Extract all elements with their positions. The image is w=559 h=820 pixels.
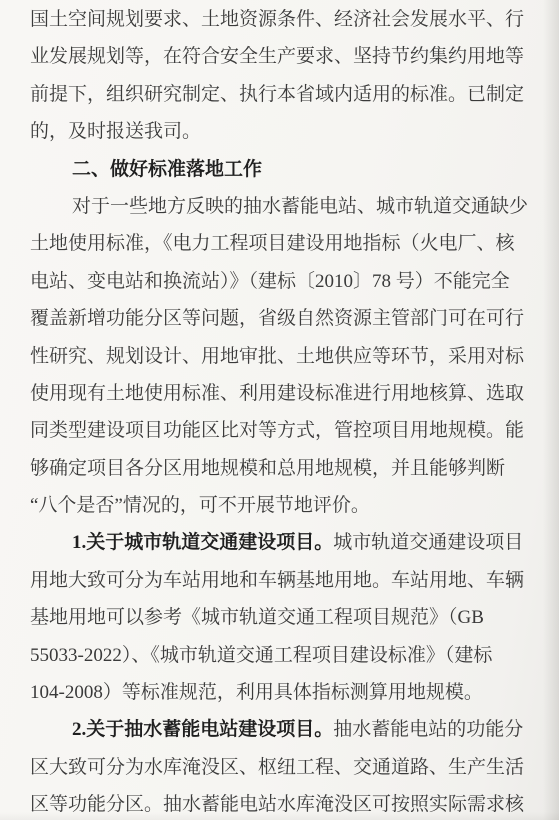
text-run: 业发展规划等，在符合安全生产要求、坚持节约集约用地等 [30, 46, 524, 67]
text-line: 对于一些地方反映的抽水蓄能电站、城市轨道交通缺少 [30, 188, 530, 225]
text-line: 电站、变电站和换流站）》（建标〔2010〕78 号）不能完全 [30, 263, 530, 300]
text-run: 对于一些地方反映的抽水蓄能电站、城市轨道交通缺少 [72, 196, 528, 217]
text-line: 国土空间规划要求、土地资源条件、经济社会发展水平、行 [30, 1, 530, 38]
text-run: 104-2008）等标准规范，利用具体指标测算用地规模。 [30, 682, 483, 703]
bold-run: 1.关于城市轨道交通建设项目。 [72, 532, 333, 553]
text-run: “八个是否”情况的，可不开展节地评价。 [30, 495, 370, 516]
text-line: 用地大致可分为车站用地和车辆基地用地。车站用地、车辆 [30, 562, 530, 599]
text-run: 区大致可分为水库淹没区、枢纽工程、交通道路、生产生活 [30, 757, 524, 778]
text-run: 用地大致可分为车站用地和车辆基地用地。车站用地、车辆 [30, 570, 524, 591]
text-line: 区大致可分为水库淹没区、枢纽工程、交通道路、生产生活 [30, 749, 530, 786]
text-run: 城市轨道交通建设项目 [333, 532, 523, 553]
text-run: 同类型建设项目功能区比对等方式，管控项目用地规模。能 [30, 420, 524, 441]
text-line: 使用现有土地使用标准、利用建设标准进行用地核算、选取 [30, 375, 530, 412]
text-line: 前提下，组织研究制定、执行本省域内适用的标准。已制定 [30, 76, 530, 113]
scan-edge-shadow-right [543, 0, 559, 820]
text-run: 覆盖新增功能分区等问题，省级自然资源主管部门可在可行 [30, 308, 524, 329]
text-line: 覆盖新增功能分区等问题，省级自然资源主管部门可在可行 [30, 300, 530, 337]
text-run: 土地使用标准，《电力工程项目建设用地指标（火电厂、核 [30, 233, 515, 254]
numbered-item-line: 2.关于抽水蓄能电站建设项目。抽水蓄能电站的功能分 [30, 711, 530, 748]
bold-run: 2.关于抽水蓄能电站建设项目。 [72, 719, 333, 740]
document-content: 国土空间规划要求、土地资源条件、经济社会发展水平、行业发展规划等，在符合安全生产… [30, 1, 530, 820]
text-line: 业发展规划等，在符合安全生产要求、坚持节约集约用地等 [30, 38, 530, 75]
text-run: 前提下，组织研究制定、执行本省域内适用的标准。已制定 [30, 84, 524, 105]
text-line: 同类型建设项目功能区比对等方式，管控项目用地规模。能 [30, 412, 530, 449]
text-line: “八个是否”情况的，可不开展节地评价。 [30, 487, 530, 524]
text-line: 的，及时报送我司。 [30, 113, 530, 150]
text-line: 够确定项目各分区用地规模和总用地规模，并且能够判断 [30, 450, 530, 487]
text-run: 的，及时报送我司。 [30, 121, 201, 142]
text-run: 55033-2022）、《城市轨道交通工程项目建设标准》（建标 [30, 645, 492, 666]
text-line: 土地使用标准，《电力工程项目建设用地指标（火电厂、核 [30, 225, 530, 262]
document-page: 国土空间规划要求、土地资源条件、经济社会发展水平、行业发展规划等，在符合安全生产… [0, 0, 559, 820]
text-run: 使用现有土地使用标准、利用建设标准进行用地核算、选取 [30, 383, 524, 404]
text-run: 基地用地可以参考《城市轨道交通工程项目规范》（GB [30, 607, 484, 628]
text-run: 够确定项目各分区用地规模和总用地规模，并且能够判断 [30, 458, 505, 479]
numbered-item-line: 1.关于城市轨道交通建设项目。城市轨道交通建设项目 [30, 524, 530, 561]
text-run: 性研究、规划设计、用地审批、土地供应等环节，采用对标 [30, 346, 524, 367]
text-run: 电站、变电站和换流站）》（建标〔2010〕78 号）不能完全 [30, 271, 510, 292]
text-line: 104-2008）等标准规范，利用具体指标测算用地规模。 [30, 674, 530, 711]
section-heading: 二、做好标准落地工作 [30, 151, 530, 188]
text-line: 基地用地可以参考《城市轨道交通工程项目规范》（GB [30, 599, 530, 636]
text-line: 55033-2022）、《城市轨道交通工程项目建设标准》（建标 [30, 637, 530, 674]
bold-run: 二、做好标准落地工作 [72, 159, 262, 180]
scan-edge-shadow-bottom [0, 812, 559, 820]
text-run: 抽水蓄能电站的功能分 [333, 719, 523, 740]
text-line: 性研究、规划设计、用地审批、土地供应等环节，采用对标 [30, 338, 530, 375]
text-run: 国土空间规划要求、土地资源条件、经济社会发展水平、行 [30, 9, 524, 30]
